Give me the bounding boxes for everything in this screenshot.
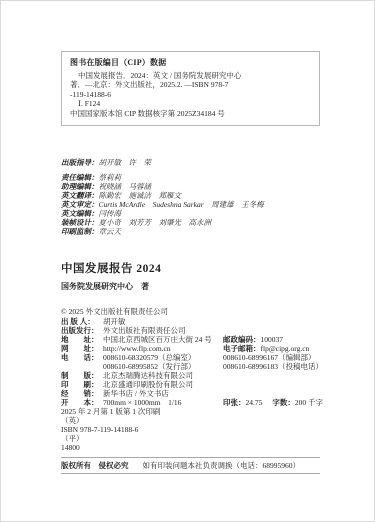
edition-line: 2025 年 2 月第 1 版第 1 次印刷 — [61, 407, 320, 416]
cip-record-number: 中国国家版本馆 CIP 数据核字第 2025Z34184 号 — [70, 109, 311, 119]
info-label: 印 刷： — [61, 380, 103, 389]
info-value: 100037 — [261, 335, 284, 344]
credit-names: 祝晓涵 马蓉涵 — [99, 182, 152, 191]
book-title: 中国发展报告 2024 — [61, 260, 320, 276]
info-label: 出版发行： — [61, 326, 103, 335]
footer-bottom-rule — [61, 473, 320, 474]
cip-body-line: 中国发展报告．2024：英文 / 国务院发展研究中心 — [70, 71, 311, 81]
credit-role-label: 责任编辑： — [61, 173, 99, 182]
credits-section: 出版指导：胡开敏 许 荣 责任编辑：蔡莉莉 助理编辑：祝晓涵 马蓉涵 英文翻译：… — [61, 158, 320, 236]
credit-names: 闫传海 — [99, 209, 122, 218]
credit-role-label: 英文审定： — [61, 200, 99, 209]
info-value: 700mm × 1000mm 1/16 — [103, 398, 223, 407]
cip-heading: 图书在版编目（CIP）数据 — [70, 58, 311, 68]
info-value: flp@cipg.org.cn — [261, 344, 310, 353]
info-value: 24.75 — [246, 398, 263, 407]
info-value: 008610-68995852（发行部） — [103, 362, 223, 371]
exchange-notice: 如有印装问题本社负责调换（电话：68995960） — [143, 461, 301, 470]
info-value: 008610-68996167（编辑部） — [223, 353, 316, 362]
info-label: 电 话： — [61, 353, 103, 362]
info-value: 中国北京西城区百万庄大街 24 号 — [103, 335, 223, 344]
footer-text: 版权所有 侵权必究如有印装问题本社负责调换（电话：68995960） — [61, 458, 320, 473]
info-label: 邮政编码： — [223, 335, 261, 344]
info-row-address: 地 址：中国北京西城区百万庄大街 24 号邮政编码：100037 — [61, 335, 320, 344]
info-label: 电子邮箱： — [223, 344, 261, 353]
info-row-format: 开 本：700mm × 1000mm 1/16印张：24.75字数：200 千字 — [61, 398, 320, 407]
credit-row-assistant-editor: 助理编辑：祝晓涵 马蓉涵 — [61, 182, 320, 191]
info-value: http://www.flp.com.cn — [103, 344, 223, 353]
print-run-number: 14800 — [61, 443, 320, 452]
info-value: 新华书店 / 外文书店 — [103, 389, 223, 398]
cip-data-box: 图书在版编目（CIP）数据 中国发展报告．2024：英文 / 国务院发展研究中心… — [61, 51, 320, 126]
info-label: 开 本： — [61, 398, 103, 407]
info-label: 经 销： — [61, 389, 103, 398]
colophon-page: 图书在版编目（CIP）数据 中国发展报告．2024：英文 / 国务院发展研究中心… — [0, 0, 375, 522]
credit-row-publishing-director: 出版指导：胡开敏 许 荣 — [61, 158, 320, 167]
credit-names: 蔡莉莉 — [99, 173, 122, 182]
credit-row-printing-supervisor: 印刷监制：章云天 — [61, 227, 320, 236]
credit-names: 陈勤宏 施诚洁 郑雁文 — [99, 191, 182, 200]
credit-row-executive-editor: 责任编辑：蔡莉莉 — [61, 173, 320, 182]
cip-body-line: 著．—北京：外文出版社，2025.2. —ISBN 978-7 — [70, 80, 311, 90]
footer: 版权所有 侵权必究如有印装问题本社负责调换（电话：68995960） — [61, 457, 320, 474]
credit-role-label: 出版指导： — [61, 158, 99, 167]
info-label: 制 版： — [61, 371, 103, 380]
info-row-plate-making: 制 版：北京杰瑞腾达科技有限公司 — [61, 371, 320, 380]
author-line: 国务院发展研究中心 著 — [61, 281, 320, 292]
info-row-phone-2: 008610-68995852（发行部）008610-68996183（投稿电话… — [61, 362, 320, 371]
credit-row-english-editor: 英文编辑：闫传海 — [61, 209, 320, 218]
credit-row-english-reviewers: 英文审定：Curtis McArdle Sudeshna Sarkar 周建雄 … — [61, 200, 320, 209]
info-row-publisher: 出版发行：外文出版社有限责任公司 — [61, 326, 320, 335]
rights-notice: 版权所有 侵权必究 — [61, 461, 129, 470]
info-value: 200 千字 — [295, 398, 323, 407]
credit-row-designers: 装帧设计：夏小奇 刘芳芳 刘肇光 高永洲 — [61, 218, 320, 227]
info-value: 北京杰瑞腾达科技有限公司 — [103, 371, 223, 380]
info-row-website: 网 址：http://www.flp.com.cn电子邮箱：flp@cipg.o… — [61, 344, 320, 353]
credit-names: Curtis McArdle Sudeshna Sarkar 周建雄 王冬梅 — [99, 200, 264, 209]
info-value: 外文出版社有限责任公司 — [103, 326, 223, 335]
edition-block: 2025 年 2 月第 1 版第 1 次印刷 （英） ISBN 978-7-11… — [61, 407, 320, 452]
credit-names: 胡开敏 许 荣 — [99, 158, 152, 167]
publishing-info: 出 版 人：胡开敏 出版发行：外文出版社有限责任公司 地 址：中国北京西城区百万… — [61, 317, 320, 407]
info-label: 网 址： — [61, 344, 103, 353]
info-row-phone-1: 电 话：008610-68320579（总编室）008610-68996167（… — [61, 353, 320, 362]
info-value: 北京盛通印刷股份有限公司 — [103, 380, 223, 389]
credit-role-label: 英文翻译： — [61, 191, 99, 200]
credit-row-translators: 英文翻译：陈勤宏 施诚洁 郑雁文 — [61, 191, 320, 200]
credit-role-label: 英文编辑： — [61, 209, 99, 218]
credit-role-label: 助理编辑： — [61, 182, 99, 191]
language-mark: （英） — [61, 416, 320, 425]
credit-role-label: 印刷监制： — [61, 227, 99, 236]
credit-names: 夏小奇 刘芳芳 刘肇光 高永洲 — [99, 218, 212, 227]
copyright-line: © 2025 外文出版社有限责任公司 — [61, 307, 320, 316]
info-row-distribution: 经 销：新华书店 / 外文书店 — [61, 389, 320, 398]
info-label: 地 址： — [61, 335, 103, 344]
isbn-line: ISBN 978-7-119-14188-6 — [61, 425, 320, 434]
info-label: 印张： — [223, 398, 246, 407]
binding-mark: （平） — [61, 434, 320, 443]
info-label: 出 版 人： — [61, 317, 103, 326]
info-row-publisher-person: 出 版 人：胡开敏 — [61, 317, 320, 326]
info-value: 胡开敏 — [103, 317, 223, 326]
credit-names: 章云天 — [99, 227, 122, 236]
info-value: 008610-68996183（投稿电话） — [223, 362, 323, 371]
cip-body-line: -119-14188-6 — [70, 90, 311, 100]
cip-class-code: Ⅰ. F124 — [70, 99, 311, 109]
info-row-printing: 印 刷：北京盛通印刷股份有限公司 — [61, 380, 320, 389]
info-value: 008610-68320579（总编室） — [103, 353, 223, 362]
credit-role-label: 装帧设计： — [61, 218, 99, 227]
info-label: 字数： — [272, 398, 295, 407]
